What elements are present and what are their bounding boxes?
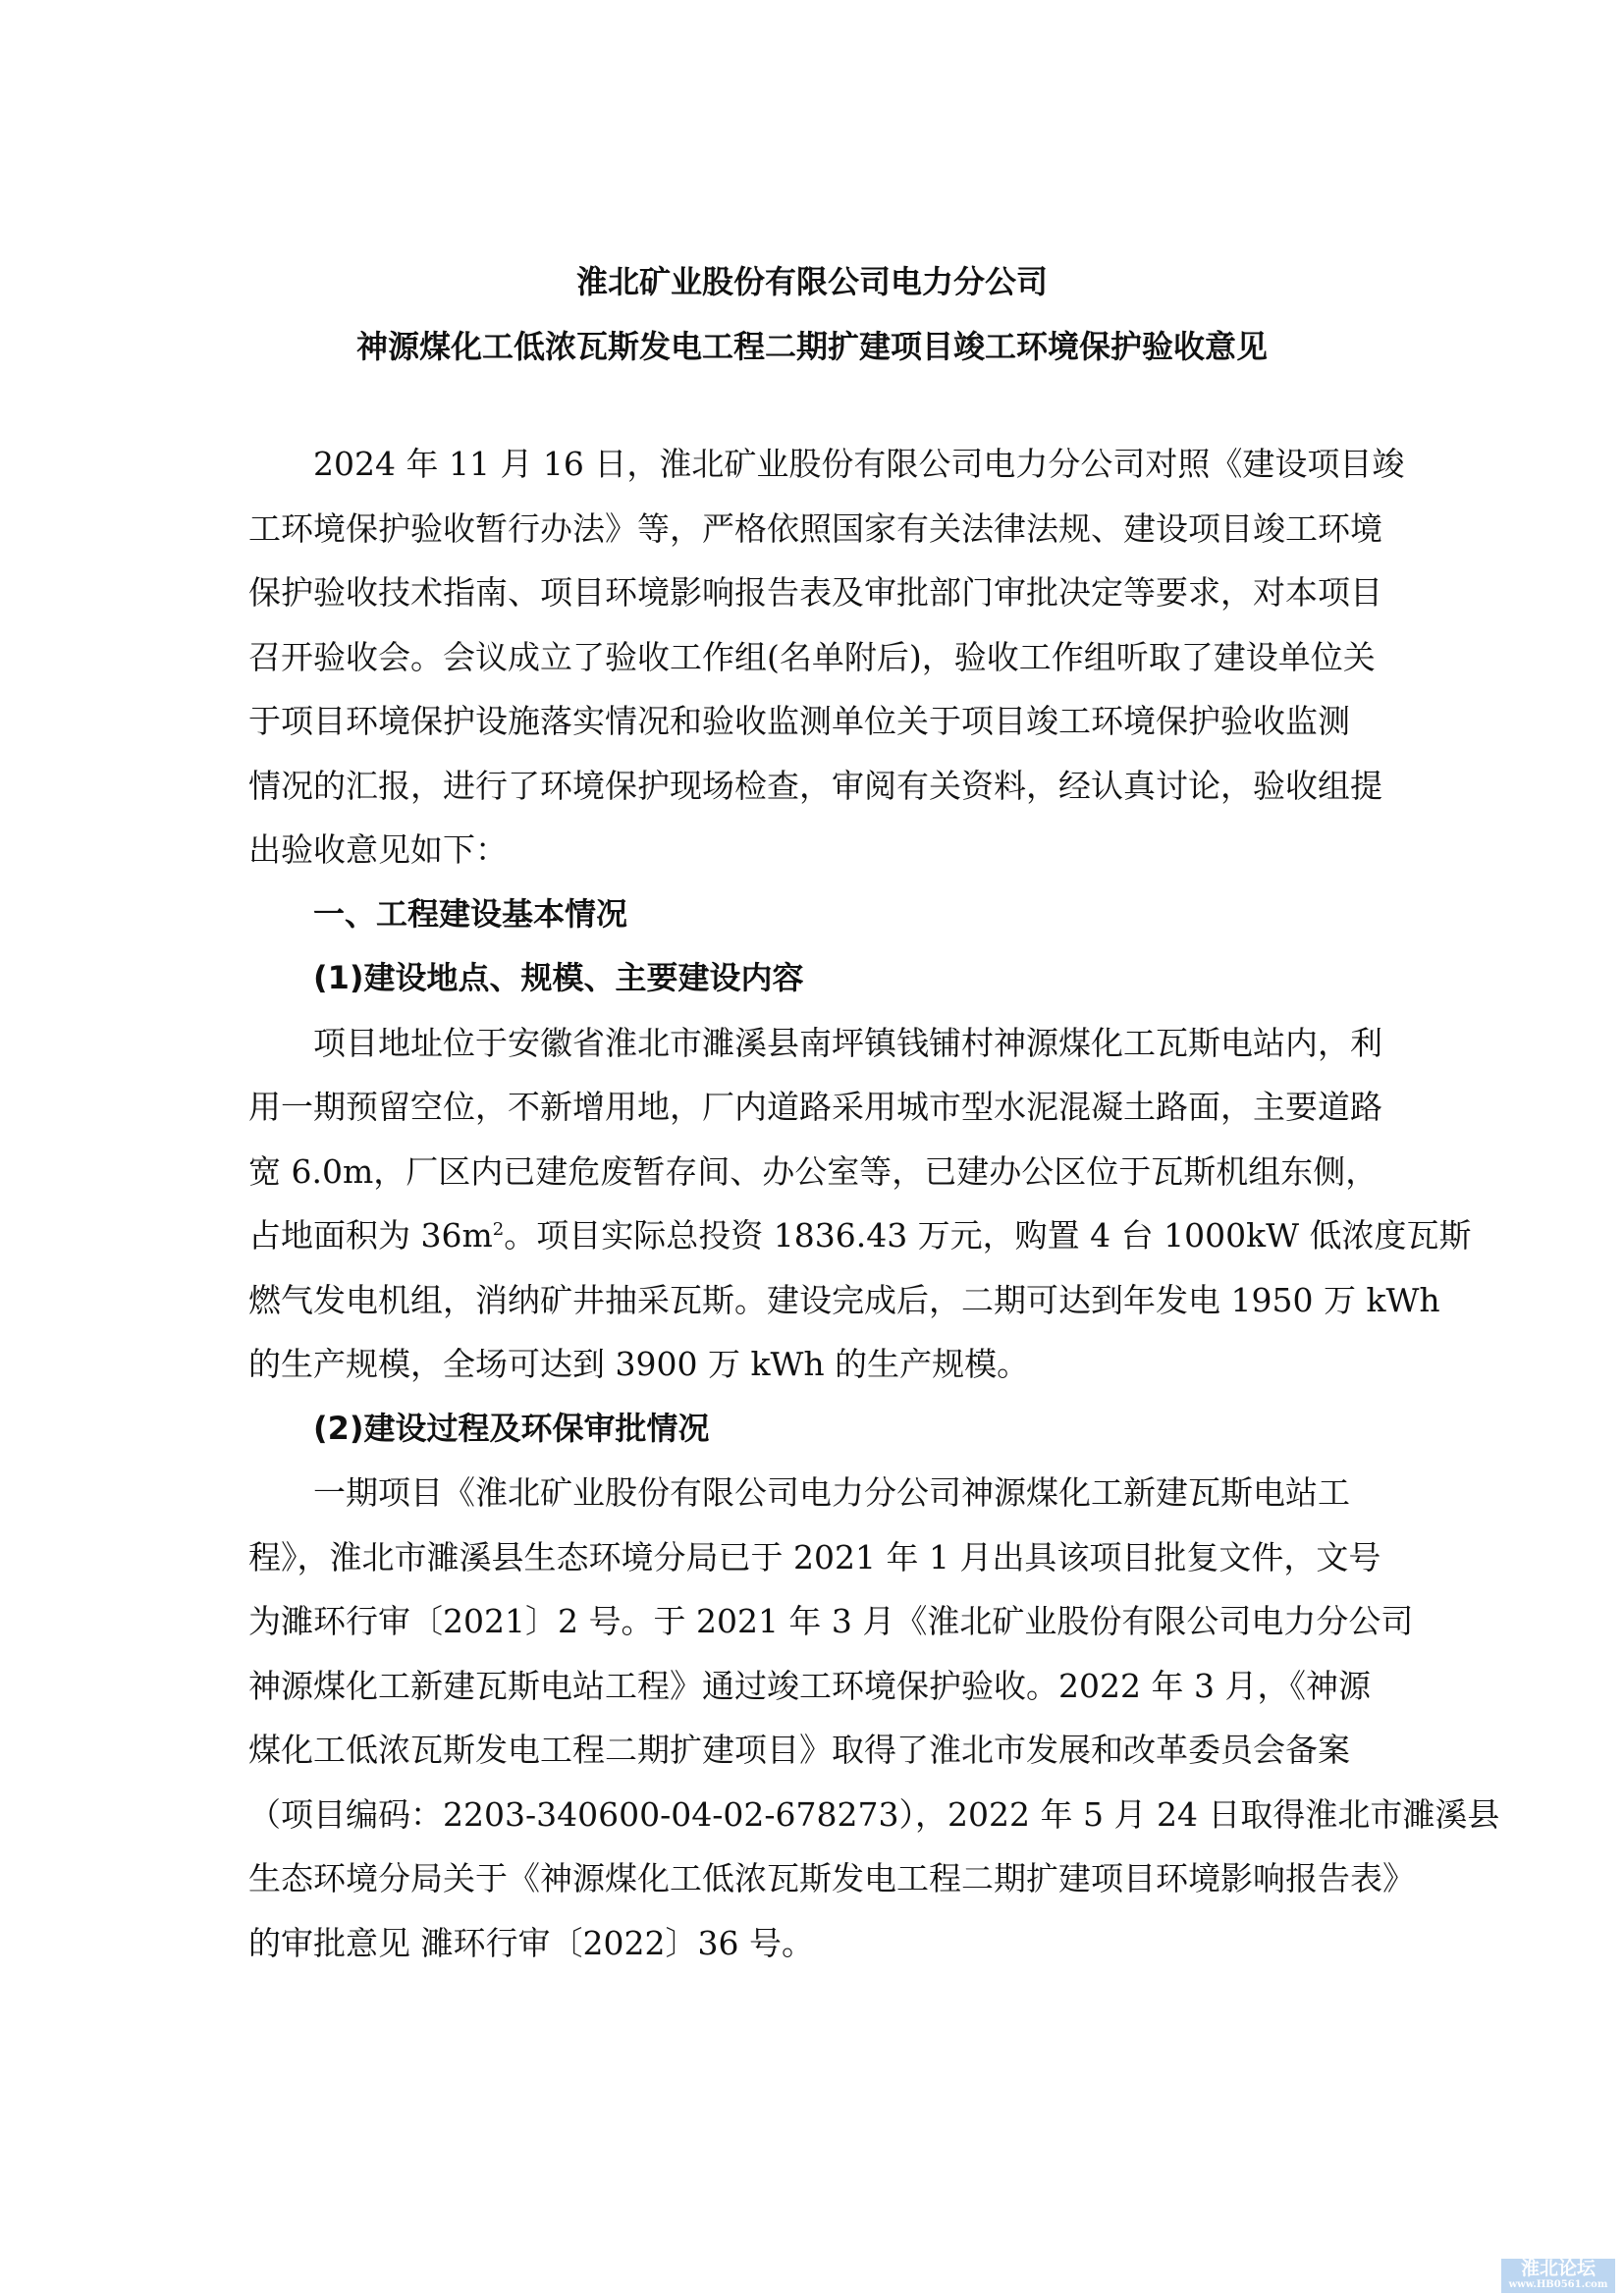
paragraph-line: 程》，淮北市濉溪县生态环境分局已于 2021 年 1 月出具该项目批复文件，文号 bbox=[248, 1525, 1378, 1590]
paragraph-line: 工环境保护验收暂行办法》等，严格依照国家有关法律法规、建设项目竣工环境 bbox=[248, 497, 1378, 561]
paragraph-line: 一期项目《淮北矿业股份有限公司电力分公司神源煤化工新建瓦斯电站工 bbox=[248, 1461, 1378, 1525]
paragraph-line: 召开验收会。会议成立了验收工作组(名单附后)，验收工作组听取了建设单位关 bbox=[248, 625, 1378, 690]
investment-text: 。项目实际总投资 1836.43 万元，购置 4 台 1000kW 低浓度瓦斯 bbox=[504, 1216, 1471, 1255]
paragraph-line: 宽 6.0m，厂区内已建危废暂存间、办公室等，已建办公区位于瓦斯机组东侧， bbox=[248, 1140, 1378, 1204]
watermark-url: www.HB0561.com bbox=[1501, 2279, 1615, 2291]
paragraph-line: 保护验收技术指南、项目环境影响报告表及审批部门审批决定等要求，对本项目 bbox=[248, 561, 1378, 625]
subsection-heading: (2)建设过程及环保审批情况 bbox=[248, 1397, 1378, 1462]
intro-paragraph: 2024 年 11 月 16 日，淮北矿业股份有限公司电力分公司对照《建设项目竣… bbox=[248, 432, 1378, 882]
section-heading: 一、工程建设基本情况 bbox=[248, 882, 1378, 947]
document-title-line2: 神源煤化工低浓瓦斯发电工程二期扩建项目竣工环境保护验收意见 bbox=[0, 322, 1624, 367]
paragraph-line: 神源煤化工新建瓦斯电站工程》通过竣工环境保护验收。2022 年 3 月，《神源 bbox=[248, 1654, 1378, 1719]
watermark-logo-text: 淮北论坛 bbox=[1501, 2259, 1615, 2279]
paragraph-line: 用一期预留空位，不新增用地，厂内道路采用城市型水泥混凝土路面，主要道路 bbox=[248, 1075, 1378, 1140]
paragraph-line: 煤化工低浓瓦斯发电工程二期扩建项目》取得了淮北市发展和改革委员会备案 bbox=[248, 1718, 1378, 1783]
paragraph-line: 2024 年 11 月 16 日，淮北矿业股份有限公司电力分公司对照《建设项目竣 bbox=[248, 432, 1378, 497]
paragraph-line: 情况的汇报，进行了环境保护现场检查，审阅有关资料，经认真讨论，验收组提 bbox=[248, 754, 1378, 819]
paragraph-line: 于项目环境保护设施落实情况和验收监测单位关于项目竣工环境保护验收监测 bbox=[248, 689, 1378, 754]
forum-watermark: 淮北论坛 www.HB0561.com bbox=[1501, 2259, 1615, 2293]
subsection-heading: (1)建设地点、规模、主要建设内容 bbox=[248, 946, 1378, 1011]
document-title-line1: 淮北矿业股份有限公司电力分公司 bbox=[0, 257, 1624, 302]
paragraph-line: 的生产规模，全场可达到 3900 万 kWh 的生产规模。 bbox=[248, 1332, 1378, 1397]
superscript: 2 bbox=[493, 1219, 504, 1240]
paragraph-line: 出验收意见如下： bbox=[248, 818, 1378, 882]
paragraph-line: 项目地址位于安徽省淮北市濉溪县南坪镇钱铺村神源煤化工瓦斯电站内，利 bbox=[248, 1011, 1378, 1076]
construction-content-paragraph: 项目地址位于安徽省淮北市濉溪县南坪镇钱铺村神源煤化工瓦斯电站内，利 用一期预留空… bbox=[248, 1011, 1378, 1397]
paragraph-line: 燃气发电机组，消纳矿井抽采瓦斯。建设完成后，二期可达到年发电 1950 万 kW… bbox=[248, 1268, 1378, 1333]
paragraph-line: 占地面积为 36m2。项目实际总投资 1836.43 万元，购置 4 台 100… bbox=[248, 1203, 1378, 1268]
paragraph-line: 的审批意见 濉环行审〔2022〕36 号。 bbox=[248, 1911, 1378, 1976]
area-text: 占地面积为 36m bbox=[248, 1216, 493, 1255]
paragraph-line: （项目编码：2203-340600-04-02-678273），2022 年 5… bbox=[248, 1783, 1378, 1847]
paragraph-line: 生态环境分局关于《神源煤化工低浓瓦斯发电工程二期扩建项目环境影响报告表》 bbox=[248, 1846, 1378, 1911]
paragraph-line: 为濉环行审〔2021〕2 号。于 2021 年 3 月《淮北矿业股份有限公司电力… bbox=[248, 1589, 1378, 1654]
approval-process-paragraph: 一期项目《淮北矿业股份有限公司电力分公司神源煤化工新建瓦斯电站工 程》，淮北市濉… bbox=[248, 1461, 1378, 1975]
document-body: 2024 年 11 月 16 日，淮北矿业股份有限公司电力分公司对照《建设项目竣… bbox=[248, 432, 1378, 1975]
